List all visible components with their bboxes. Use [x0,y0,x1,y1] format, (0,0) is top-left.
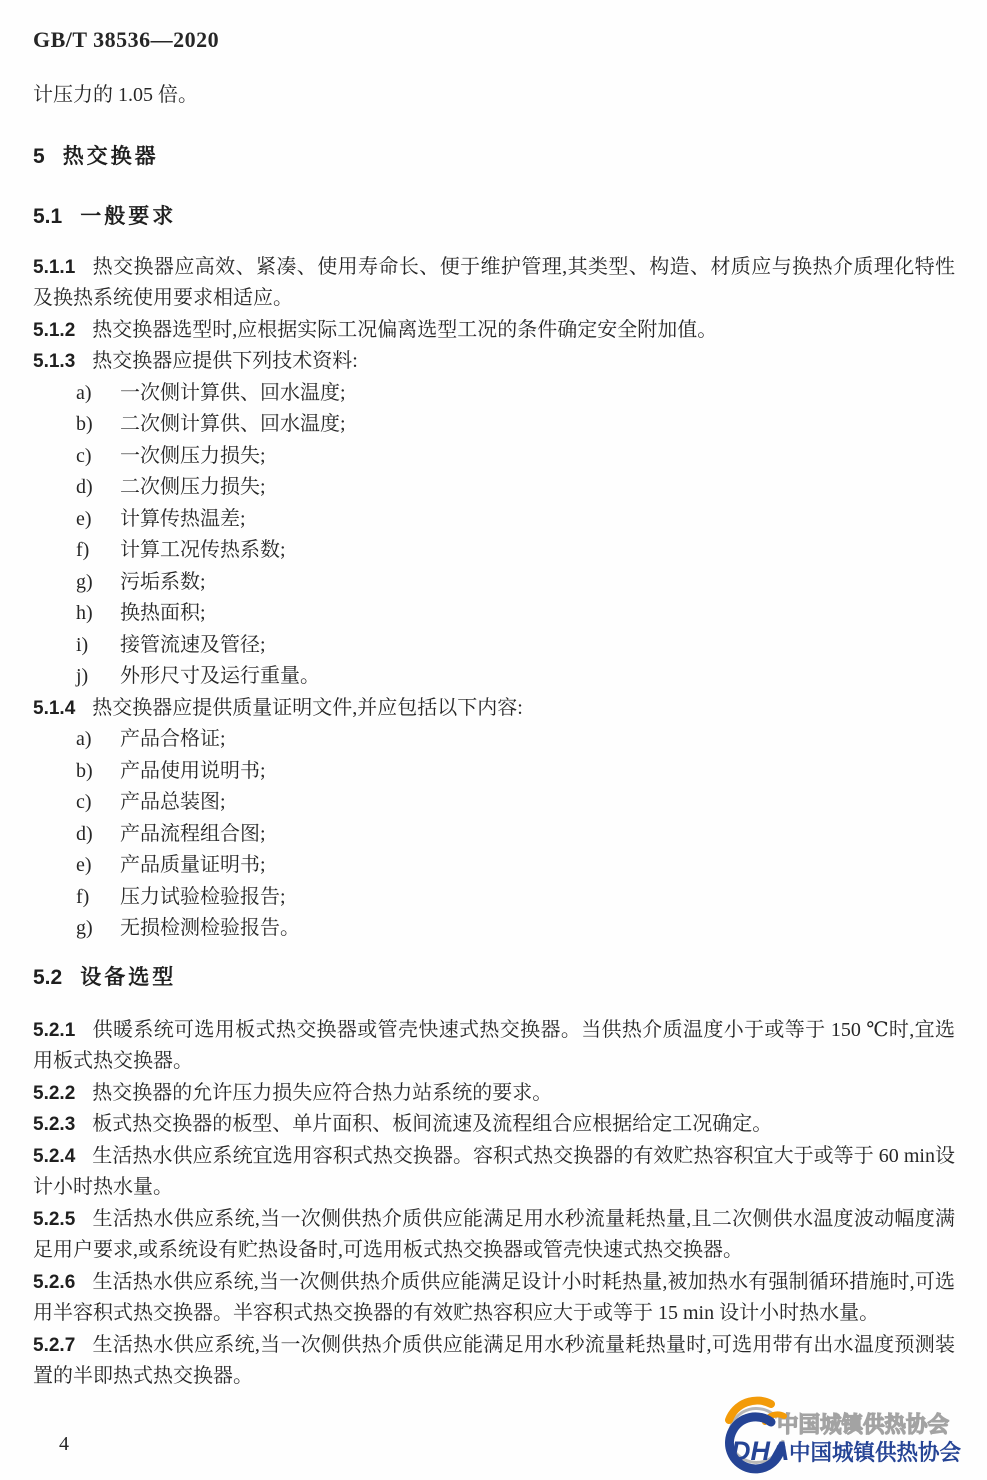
section-heading-5-1: 5.1一般要求 [33,202,955,232]
list-item-text: 外形尺寸及运行重量。 [120,661,955,693]
list-item-label: e) [76,504,120,536]
clause-number: 5.1.1 [33,257,75,278]
clause-number: 5.2.7 [33,1335,75,1356]
clause-5-2-5: 5.2.5生活热水供应系统,当一次侧供热介质供应能满足用水秒流量耗热量,且二次侧… [33,1204,955,1267]
clause-text: 生活热水供应系统宜选用容积式热交换器。容积式热交换器的有效贮热容积宜大于或等于 … [33,1145,955,1199]
list-item: a)一次侧计算供、回水温度; [33,378,955,410]
list-item: f)计算工况传热系数; [33,535,955,567]
list-item-label: g) [76,567,120,599]
clause-number: 5.1.2 [33,320,75,341]
list-item-label: i) [76,630,120,662]
chapter-title: 热交换器 [63,145,159,168]
clause-5-2-4: 5.2.4生活热水供应系统宜选用容积式热交换器。容积式热交换器的有效贮热容积宜大… [33,1141,955,1204]
clause-5-2-2: 5.2.2热交换器的允许压力损失应符合热力站系统的要求。 [33,1078,955,1110]
clause-5-1-3: 5.1.3热交换器应提供下列技术资料: [33,346,955,378]
list-item-label: j) [76,661,120,693]
list-item: b)产品使用说明书; [33,756,955,788]
list-item: j)外形尺寸及运行重量。 [33,661,955,693]
dha-logo-icon: 中国城镇供热协会 DHA 中国城镇供热协会 [707,1388,965,1478]
clause-5-2-6: 5.2.6生活热水供应系统,当一次侧供热介质供应能满足设计小时耗热量,被加热水有… [33,1267,955,1330]
list-item: c)产品总装图; [33,787,955,819]
clause-text: 生活热水供应系统,当一次侧供热介质供应能满足设计小时耗热量,被加热水有强制循环措… [33,1271,955,1325]
clause-number: 5.2.5 [33,1209,75,1230]
list-item: c)一次侧压力损失; [33,441,955,473]
list-item-label: a) [76,724,120,756]
list-item-label: c) [76,441,120,473]
clause-text: 供暖系统可选用板式热交换器或管壳快速式热交换器。当供热介质温度小于或等于 150… [33,1019,955,1073]
document-page: GB/T 38536—2020 计压力的 1.05 倍。 5热交换器 5.1一般… [0,0,987,1480]
list-item: e)计算传热温差; [33,504,955,536]
clause-number: 5.2.2 [33,1083,75,1104]
list-item: h)换热面积; [33,598,955,630]
list-item: f)压力试验检验报告; [33,882,955,914]
page-number: 4 [59,1433,69,1456]
section-number: 5.1 [33,205,62,228]
list-item-label: b) [76,409,120,441]
clause-number: 5.1.4 [33,698,75,719]
clause-text: 热交换器应提供下列技术资料: [92,350,358,372]
section-title: 一般要求 [80,205,176,228]
list-item: i)接管流速及管径; [33,630,955,662]
clause-5-1-1: 5.1.1热交换器应高效、紧凑、使用寿命长、便于维护管理,其类型、构造、材质应与… [33,252,955,315]
clause-text: 生活热水供应系统,当一次侧供热介质供应能满足用水秒流量耗热量,且二次侧供水温度波… [33,1208,955,1262]
list-item-label: b) [76,756,120,788]
clause-text: 热交换器应高效、紧凑、使用寿命长、便于维护管理,其类型、构造、材质应与换热介质理… [33,256,955,310]
list-item-text: 换热面积; [120,598,955,630]
chapter-heading: 5热交换器 [33,142,955,172]
association-watermark-logo: 中国城镇供热协会 DHA 中国城镇供热协会 [707,1388,965,1478]
list-item-text: 无损检测检验报告。 [120,913,955,945]
clause-number: 5.2.4 [33,1146,75,1167]
clause-text: 热交换器应提供质量证明文件,并应包括以下内容: [92,697,523,719]
doc-code: GB/T 38536—2020 [33,26,955,54]
list-item-text: 压力试验检验报告; [120,882,955,914]
clause-text: 热交换器选型时,应根据实际工况偏离选型工况的条件确定安全附加值。 [92,319,717,341]
list-item-label: d) [76,819,120,851]
list-item-text: 计算传热温差; [120,504,955,536]
list-item-label: f) [76,535,120,567]
list-item: d)产品流程组合图; [33,819,955,851]
list-item: b)二次侧计算供、回水温度; [33,409,955,441]
list-item-text: 一次侧计算供、回水温度; [120,378,955,410]
list-item-text: 接管流速及管径; [120,630,955,662]
section-number: 5.2 [33,966,62,989]
carryover-paragraph: 计压力的 1.05 倍。 [33,80,955,112]
list-item-text: 一次侧压力损失; [120,441,955,473]
clause-number: 5.1.3 [33,351,75,372]
chapter-number: 5 [33,145,45,168]
list-item-label: f) [76,882,120,914]
list-item: g)无损检测检验报告。 [33,913,955,945]
list-item-label: h) [76,598,120,630]
list-item: d)二次侧压力损失; [33,472,955,504]
list-item-label: g) [76,913,120,945]
org-name: 中国城镇供热协会 [789,1440,961,1465]
list-item-text: 二次侧计算供、回水温度; [120,409,955,441]
list-item-label: a) [76,378,120,410]
clause-number: 5.2.3 [33,1114,75,1135]
list-item-text: 二次侧压力损失; [120,472,955,504]
list-item-text: 产品合格证; [120,724,955,756]
list-item: g)污垢系数; [33,567,955,599]
clause-text: 生活热水供应系统,当一次侧供热介质供应能满足用水秒流量耗热量时,可选用带有出水温… [33,1334,955,1388]
list-item-label: d) [76,472,120,504]
clause-text: 热交换器的允许压力损失应符合热力站系统的要求。 [92,1082,552,1104]
list-item-label: e) [76,850,120,882]
list-item-label: c) [76,787,120,819]
list-item-text: 计算工况传热系数; [120,535,955,567]
clause-5-1-4: 5.1.4热交换器应提供质量证明文件,并应包括以下内容: [33,693,955,725]
list-item-text: 产品总装图; [120,787,955,819]
list-item-text: 产品使用说明书; [120,756,955,788]
section-title: 设备选型 [80,966,176,989]
list-item: e)产品质量证明书; [33,850,955,882]
clause-5-2-7: 5.2.7生活热水供应系统,当一次侧供热介质供应能满足用水秒流量耗热量时,可选用… [33,1330,955,1393]
clause-number: 5.2.1 [33,1020,75,1041]
clause-5-2-3: 5.2.3板式热交换器的板型、单片面积、板间流速及流程组合应根据给定工况确定。 [33,1109,955,1141]
clause-5-2-1: 5.2.1供暖系统可选用板式热交换器或管壳快速式热交换器。当供热介质温度小于或等… [33,1015,955,1078]
org-name-ghost: 中国城镇供热协会 [777,1412,949,1437]
list-item-text: 产品流程组合图; [120,819,955,851]
dha-letters: DHA [731,1436,790,1466]
clause-number: 5.2.6 [33,1272,75,1293]
section-heading-5-2: 5.2设备选型 [33,963,955,993]
clause-text: 板式热交换器的板型、单片面积、板间流速及流程组合应根据给定工况确定。 [92,1113,772,1135]
list-item-text: 污垢系数; [120,567,955,599]
list-item: a)产品合格证; [33,724,955,756]
list-item-text: 产品质量证明书; [120,850,955,882]
clause-5-1-2: 5.1.2热交换器选型时,应根据实际工况偏离选型工况的条件确定安全附加值。 [33,315,955,347]
